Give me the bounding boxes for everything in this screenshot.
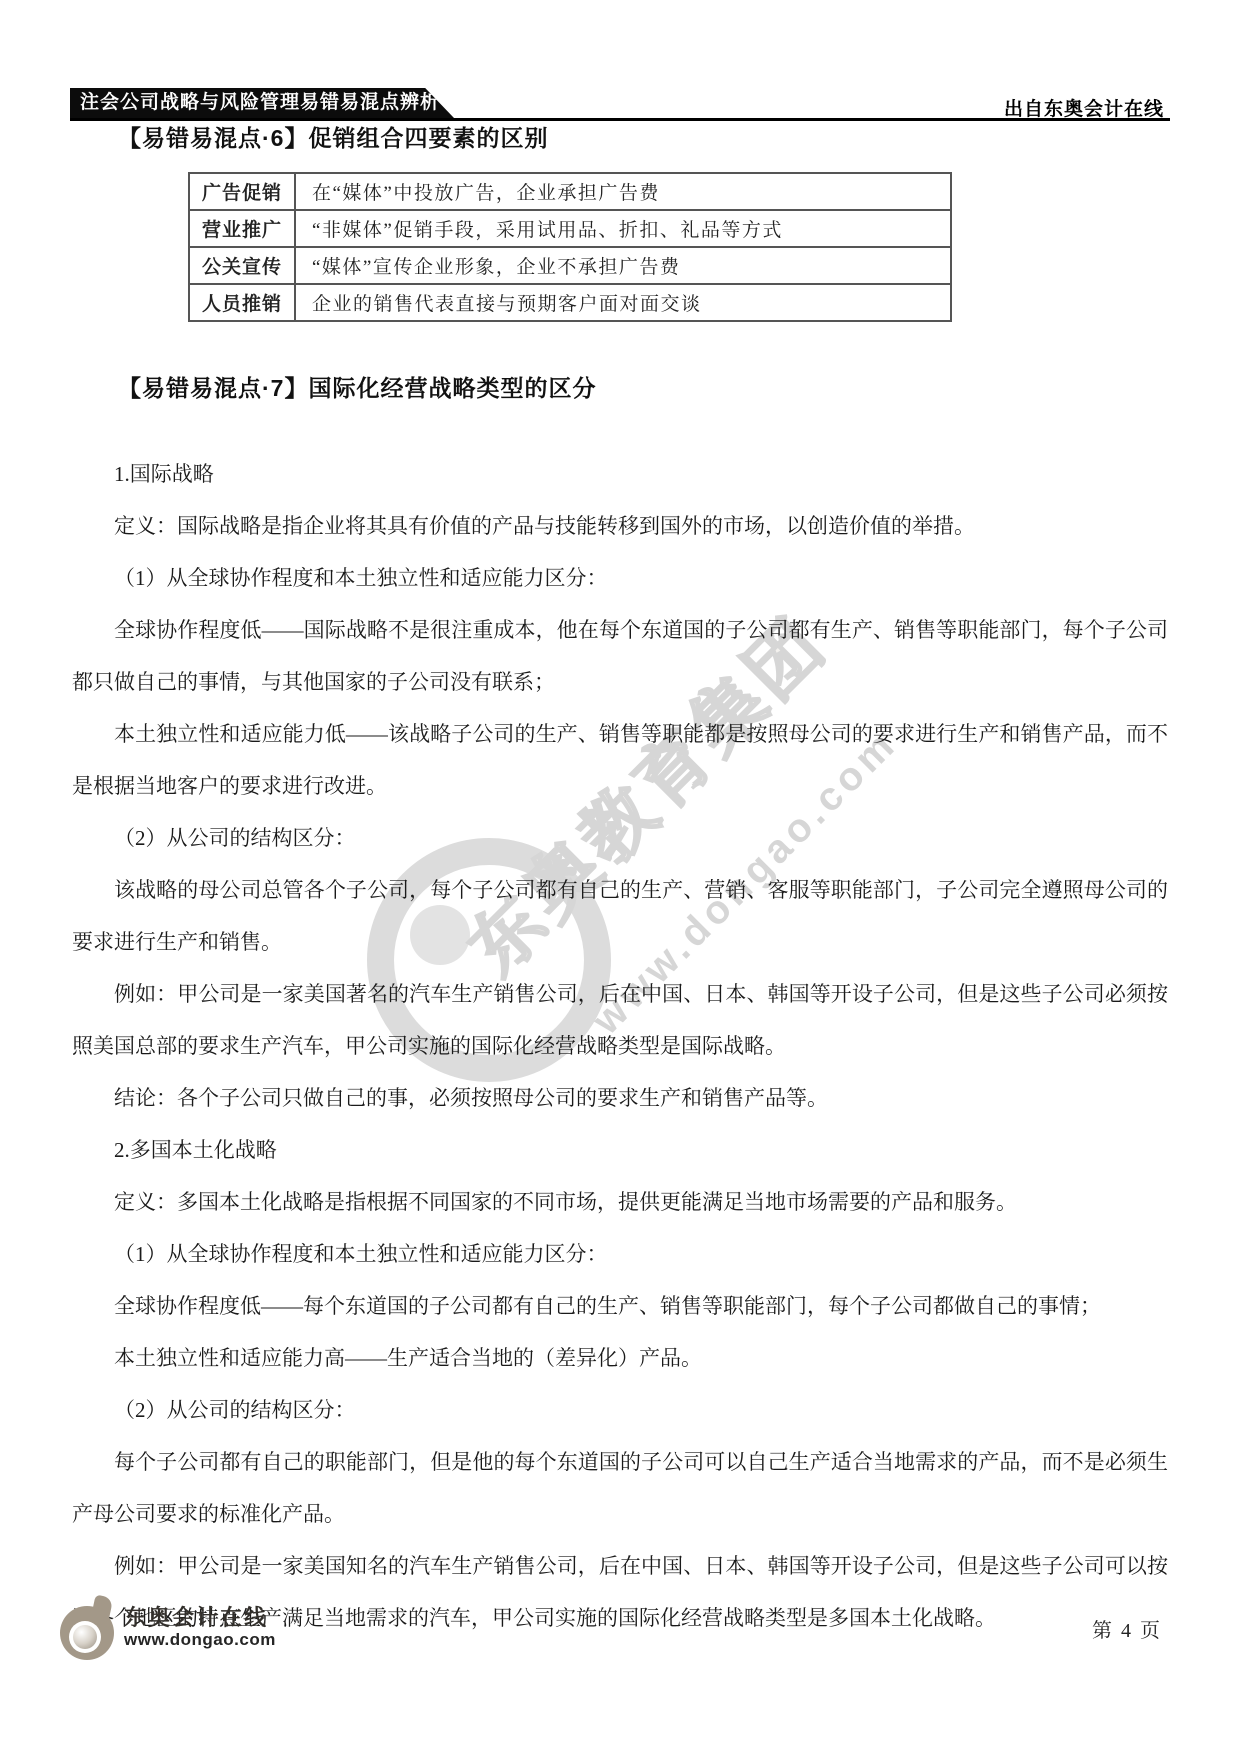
table-row: 公关宣传 “媒体”宣传企业形象，企业不承担广告费 [189,247,951,284]
paragraph: 2.多国本土化战略 [72,1124,1168,1176]
table-row-label: 营业推广 [189,210,295,247]
header-source-label: 出自东奥会计在线 [1004,94,1164,121]
section6-title: 【易错易混点·6】促销组合四要素的区别 [118,120,548,153]
paragraph: 全球协作程度低——每个东道国的子公司都有自己的生产、销售等职能部门，每个子公司都… [72,1280,1168,1332]
table-row: 广告促销 在“媒体”中投放广告，企业承担广告费 [189,173,951,210]
paragraph: （1）从全球协作程度和本土独立性和适应能力区分： [72,552,1168,604]
section7-paragraphs: 1.国际战略定义：国际战略是指企业将其具有价值的产品与技能转移到国外的市场，以创… [72,448,1168,1644]
paragraph: 该战略的母公司总管各个子公司，每个子公司都有自己的生产、营销、客服等职能部门，子… [72,864,1168,968]
paragraph: （2）从公司的结构区分： [72,1384,1168,1436]
header-banner: 注会公司战略与风险管理易错易混点辨析 [70,88,454,118]
footer-site-url: www.dongao.com [124,1630,276,1650]
paragraph: （2）从公司的结构区分： [72,812,1168,864]
paragraph: 本土独立性和适应能力低——该战略子公司的生产、销售等职能都是按照母公司的要求进行… [72,708,1168,812]
paragraph: 定义：多国本土化战略是指根据不同国家的不同市场，提供更能满足当地市场需要的产品和… [72,1176,1168,1228]
table-row-desc: “非媒体”促销手段，采用试用品、折扣、礼品等方式 [295,210,951,247]
table-row-label: 广告促销 [189,173,295,210]
paragraph: 每个子公司都有自己的职能部门，但是他的每个东道国的子公司可以自己生产适合当地需求… [72,1436,1168,1540]
header-banner-title: 注会公司战略与风险管理易错易混点辨析 [70,88,454,118]
table-row-label: 人员推销 [189,284,295,321]
paragraph: 定义：国际战略是指企业将其具有价值的产品与技能转移到国外的市场，以创造价值的举措… [72,500,1168,552]
paragraph: 本土独立性和适应能力高——生产适合当地的（差异化）产品。 [72,1332,1168,1384]
table-row-desc: “媒体”宣传企业形象，企业不承担广告费 [295,247,951,284]
page-number: 第 4 页 [1092,1614,1162,1643]
paragraph: 1.国际战略 [72,448,1168,500]
table-row-label: 公关宣传 [189,247,295,284]
table-row-desc: 企业的销售代表直接与预期客户面对面交谈 [295,284,951,321]
section7-title: 【易错易混点·7】国际化经营战略类型的区分 [118,370,596,403]
paragraph: 全球协作程度低——国际战略不是很注重成本，他在每个东道国的子公司都有生产、销售等… [72,604,1168,708]
document-page: { "header": { "banner": "注会公司战略与风险管理易错易混… [0,0,1240,1753]
footer-brand-label: 东奥会计在线 [124,1601,268,1632]
table-row: 营业推广 “非媒体”促销手段，采用试用品、折扣、礼品等方式 [189,210,951,247]
table-row: 人员推销 企业的销售代表直接与预期客户面对面交谈 [189,284,951,321]
paragraph: 例如：甲公司是一家美国著名的汽车生产销售公司，后在中国、日本、韩国等开设子公司，… [72,968,1168,1072]
promo-mix-table: 广告促销 在“媒体”中投放广告，企业承担广告费 营业推广 “非媒体”促销手段，采… [188,172,952,322]
paragraph: 结论：各个子公司只做自己的事，必须按照母公司的要求生产和销售产品等。 [72,1072,1168,1124]
dongao-logo-icon [60,1596,118,1660]
paragraph: （1）从全球协作程度和本土独立性和适应能力区分： [72,1228,1168,1280]
promo-mix-table-wrap: 广告促销 在“媒体”中投放广告，企业承担广告费 营业推广 “非媒体”促销手段，采… [188,172,952,322]
table-row-desc: 在“媒体”中投放广告，企业承担广告费 [295,173,951,210]
